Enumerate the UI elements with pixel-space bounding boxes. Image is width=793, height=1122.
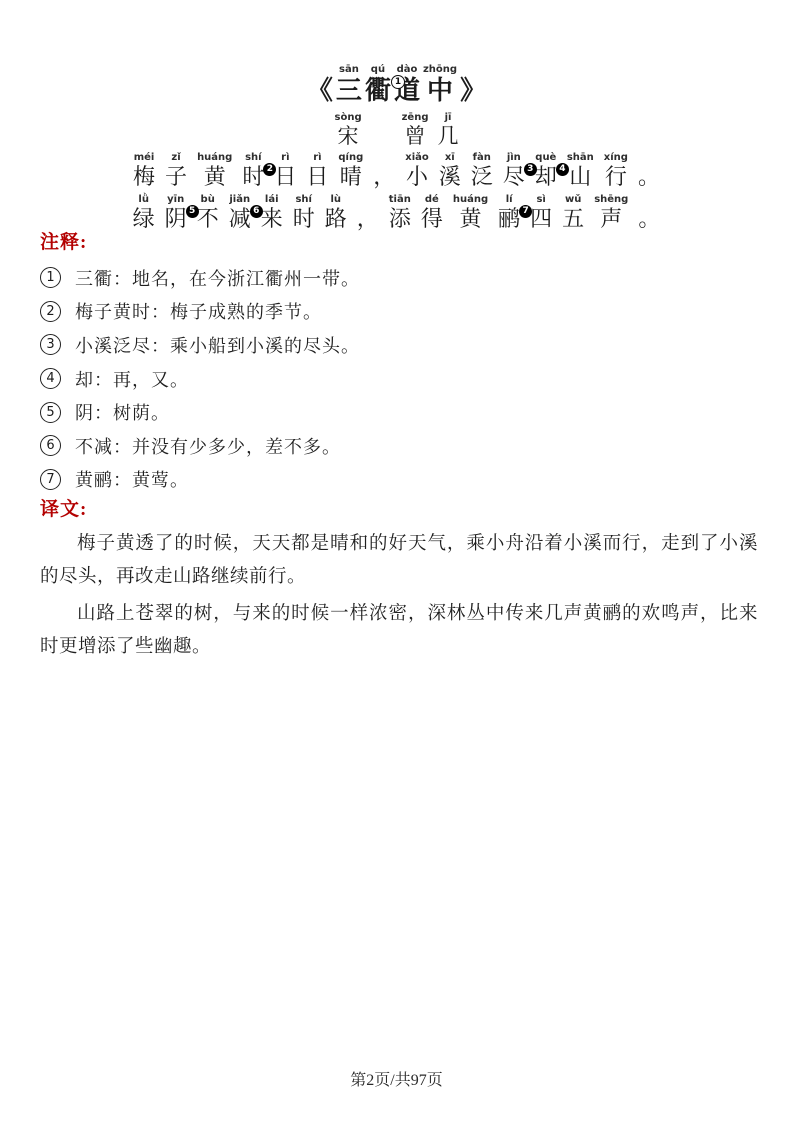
- document-page: 《sān三qú衢1dào道zhōng中》 sòng宋zēng曾jī几 méi梅z…: [0, 0, 793, 1122]
- ruby-char: wǔ五: [562, 194, 584, 232]
- hanzi-char: 绿: [133, 206, 155, 232]
- ruby-char: xī溪: [439, 152, 461, 190]
- pinyin-label: shí: [245, 152, 262, 164]
- hanzi-char: 晴: [340, 164, 362, 190]
- note-number-circle: 5: [40, 402, 61, 423]
- hanzi-char: 路: [325, 206, 347, 232]
- ruby-char: qíng晴: [338, 152, 363, 190]
- ruby-char: zhōng中: [423, 64, 457, 106]
- note-text: 不减：并没有少多少，差不多。: [75, 433, 341, 459]
- note-text: 黄鹂：黄莺。: [75, 466, 189, 492]
- annotation-mark-6: 6: [250, 205, 263, 218]
- ruby-char: dé得: [421, 194, 443, 232]
- ruby-char: shān山: [567, 152, 594, 190]
- note-item: 1三衢：地名，在今浙江衢州一带。: [40, 261, 757, 295]
- page-indicator: 第2页/共97页: [350, 1072, 442, 1089]
- pinyin-label: méi: [134, 152, 155, 164]
- ruby-char: zǐ子: [165, 152, 187, 190]
- pinyin-label: zēng: [402, 112, 429, 124]
- ruby-char: jìn尽3: [503, 152, 525, 190]
- ruby-char: jī几: [438, 112, 459, 148]
- note-item: 3小溪泛尽：乘小船到小溪的尽头。: [40, 328, 757, 362]
- hanzi-char: 黄: [460, 206, 482, 232]
- ruby-char: shí时: [293, 194, 315, 232]
- pinyin-label: lái: [265, 194, 279, 206]
- hanzi-char: 行: [605, 164, 627, 190]
- pinyin-label: jìn: [507, 152, 521, 164]
- hanzi-char: 溪: [439, 164, 461, 190]
- note-text: 梅子黄时：梅子成熟的季节。: [75, 298, 322, 324]
- hanzi-char: 鹂: [498, 206, 520, 232]
- pinyin-label: xiǎo: [405, 152, 429, 164]
- pinyin-label: shēng: [594, 194, 628, 206]
- pinyin-label: qú: [371, 64, 385, 76]
- hanzi-char: 日: [306, 164, 328, 190]
- annotation-mark-4: 4: [556, 163, 569, 176]
- hanzi-char: 不: [197, 206, 219, 232]
- ruby-char: lǜ绿: [133, 194, 155, 232]
- title-close-bracket: 》: [460, 76, 486, 106]
- annotation-mark-1: 1: [391, 75, 405, 89]
- note-item: 5阴：树荫。: [40, 395, 757, 429]
- pinyin-label: dào: [397, 64, 418, 76]
- pinyin-label: sì: [536, 194, 545, 206]
- ruby-char: xíng行: [604, 152, 628, 190]
- hanzi-char: 减: [229, 206, 251, 232]
- hanzi-char: 泛: [471, 164, 493, 190]
- pinyin-label: sān: [339, 64, 359, 76]
- poem-header: 《sān三qú衢1dào道zhōng中》 sòng宋zēng曾jī几 méi梅z…: [0, 64, 793, 232]
- notes-list: 1三衢：地名，在今浙江衢州一带。2梅子黄时：梅子成熟的季节。3小溪泛尽：乘小船到…: [40, 261, 757, 496]
- pinyin-label: shí: [295, 194, 312, 206]
- notes-section: 注释: 1三衢：地名，在今浙江衢州一带。2梅子黄时：梅子成熟的季节。3小溪泛尽：…: [40, 232, 757, 496]
- ruby-char: zēng曾: [402, 112, 429, 148]
- note-item: 2梅子黄时：梅子成熟的季节。: [40, 295, 757, 329]
- pinyin-label: xī: [445, 152, 455, 164]
- note-item: 4却：再，又。: [40, 362, 757, 396]
- pinyin-label: huáng: [453, 194, 488, 206]
- note-number-circle: 6: [40, 435, 61, 456]
- pinyin-label: rì: [281, 152, 289, 164]
- hanzi-char: 四: [530, 206, 552, 232]
- hanzi-char: 山: [569, 164, 591, 190]
- hanzi-char: 小: [406, 164, 428, 190]
- note-number-circle: 1: [40, 267, 61, 288]
- ruby-char: sān三: [336, 64, 362, 106]
- pinyin-label: wǔ: [565, 194, 581, 206]
- note-text: 小溪泛尽：乘小船到小溪的尽头。: [75, 332, 360, 358]
- hanzi-char: ，: [357, 206, 379, 232]
- poem-line-1: méi梅zǐ子huáng黄shí时2rì日rì日qíng晴，xiǎo小xī溪fà…: [133, 152, 660, 190]
- hanzi-char: 中: [427, 76, 453, 106]
- ruby-char: shēng声: [594, 194, 628, 232]
- hanzi-char: 得: [421, 206, 443, 232]
- pinyin-label: lǜ: [138, 194, 149, 206]
- ruby-char: rì日: [274, 152, 296, 190]
- hanzi-char: 子: [165, 164, 187, 190]
- ruby-char: lù路: [325, 194, 347, 232]
- ruby-char: què却4: [535, 152, 557, 190]
- hanzi-char: 。: [638, 206, 660, 232]
- hanzi-char: 声: [600, 206, 622, 232]
- hanzi-char: 曾: [405, 124, 426, 148]
- ruby-char: 。: [638, 194, 660, 232]
- ruby-char: tiān添: [389, 194, 411, 232]
- hanzi-char: ，: [373, 164, 395, 190]
- note-item: 6不减：并没有少多少，差不多。: [40, 429, 757, 463]
- ruby-char: sì四: [530, 194, 552, 232]
- note-number-circle: 4: [40, 368, 61, 389]
- hanzi-char: 阴: [165, 206, 187, 232]
- hanzi-char: 衢: [365, 76, 391, 106]
- pinyin-label: fàn: [473, 152, 491, 164]
- translation-paragraphs: 梅子黄透了的时候，天天都是晴和的好天气，乘小舟沿着小溪而行，走到了小溪的尽头，再…: [40, 528, 758, 664]
- spacer: [371, 138, 393, 148]
- ruby-char: huáng黄: [197, 152, 232, 190]
- pinyin-label: lí: [506, 194, 513, 206]
- ruby-char: huáng黄: [453, 194, 488, 232]
- pinyin-label: zhōng: [423, 64, 457, 76]
- pinyin-label: rì: [313, 152, 321, 164]
- ruby-char: rì日: [306, 152, 328, 190]
- annotation-mark-5: 5: [186, 205, 199, 218]
- pinyin-label: shān: [567, 152, 594, 164]
- pinyin-label: yīn: [167, 194, 184, 206]
- ruby-char: yīn阴5: [165, 194, 187, 232]
- hanzi-char: 梅: [133, 164, 155, 190]
- note-number-circle: 7: [40, 469, 61, 490]
- ruby-char: lái来: [261, 194, 283, 232]
- translation-section: 译文: 梅子黄透了的时候，天天都是晴和的好天气，乘小舟沿着小溪而行，走到了小溪的…: [40, 499, 758, 664]
- hanzi-char: 宋: [338, 124, 359, 148]
- ruby-char: ，: [373, 152, 395, 190]
- hanzi-char: 日: [274, 164, 296, 190]
- hanzi-char: 却: [535, 164, 557, 190]
- ruby-char: bù不: [197, 194, 219, 232]
- poem-author: sòng宋zēng曾jī几: [335, 112, 459, 148]
- note-item: 7黄鹂：黄莺。: [40, 463, 757, 497]
- pinyin-label: dé: [425, 194, 439, 206]
- ruby-char: 。: [638, 152, 660, 190]
- ruby-char: xiǎo小: [405, 152, 429, 190]
- ruby-char: lí鹂7: [498, 194, 520, 232]
- pinyin-label: tiān: [389, 194, 411, 206]
- hanzi-char: 几: [438, 124, 459, 148]
- hanzi-char: 三: [336, 76, 362, 106]
- ruby-char: qú衢1: [365, 64, 391, 106]
- note-text: 阴：树荫。: [75, 399, 170, 425]
- pinyin-label: sòng: [335, 112, 362, 124]
- note-text: 却：再，又。: [75, 366, 189, 392]
- pinyin-label: xíng: [604, 152, 628, 164]
- hanzi-char: 五: [562, 206, 584, 232]
- pinyin-label: huáng: [197, 152, 232, 164]
- ruby-char: ，: [357, 194, 379, 232]
- ruby-char: méi梅: [133, 152, 155, 190]
- hanzi-char: 时: [242, 164, 264, 190]
- pinyin-label: zǐ: [171, 152, 180, 164]
- translation-paragraph: 山路上苍翠的树，与来的时候一样浓密，深林丛中传来几声黄鹂的欢鸣声，比来时更增添了…: [40, 598, 758, 664]
- poem-line-2: lǜ绿yīn阴5bù不jiǎn减6lái来shí时lù路，tiān添dé得huá…: [133, 194, 661, 232]
- annotation-mark-3: 3: [524, 163, 537, 176]
- page-footer: 第2页/共97页: [0, 1067, 793, 1090]
- hanzi-char: 添: [389, 206, 411, 232]
- pinyin-label: bù: [201, 194, 215, 206]
- notes-heading: 注释:: [40, 232, 757, 254]
- ruby-char: jiǎn减6: [229, 194, 251, 232]
- hanzi-char: 。: [638, 164, 660, 190]
- title-open-bracket: 《: [307, 76, 333, 106]
- pinyin-label: lù: [330, 194, 341, 206]
- hanzi-char: 黄: [204, 164, 226, 190]
- translation-paragraph: 梅子黄透了的时候，天天都是晴和的好天气，乘小舟沿着小溪而行，走到了小溪的尽头，再…: [40, 528, 758, 594]
- hanzi-char: 时: [293, 206, 315, 232]
- hanzi-char: 来: [261, 206, 283, 232]
- note-number-circle: 3: [40, 334, 61, 355]
- ruby-char: sòng宋: [335, 112, 362, 148]
- note-number-circle: 2: [40, 301, 61, 322]
- pinyin-label: jī: [445, 112, 452, 124]
- ruby-char: fàn泛: [471, 152, 493, 190]
- pinyin-label: qíng: [338, 152, 363, 164]
- ruby-char: shí时2: [242, 152, 264, 190]
- translation-heading: 译文:: [40, 499, 758, 521]
- note-text: 三衢：地名，在今浙江衢州一带。: [75, 265, 360, 291]
- pinyin-label: què: [535, 152, 556, 164]
- poem-title: 《sān三qú衢1dào道zhōng中》: [307, 64, 486, 106]
- pinyin-label: jiǎn: [229, 194, 250, 206]
- hanzi-char: 尽: [503, 164, 525, 190]
